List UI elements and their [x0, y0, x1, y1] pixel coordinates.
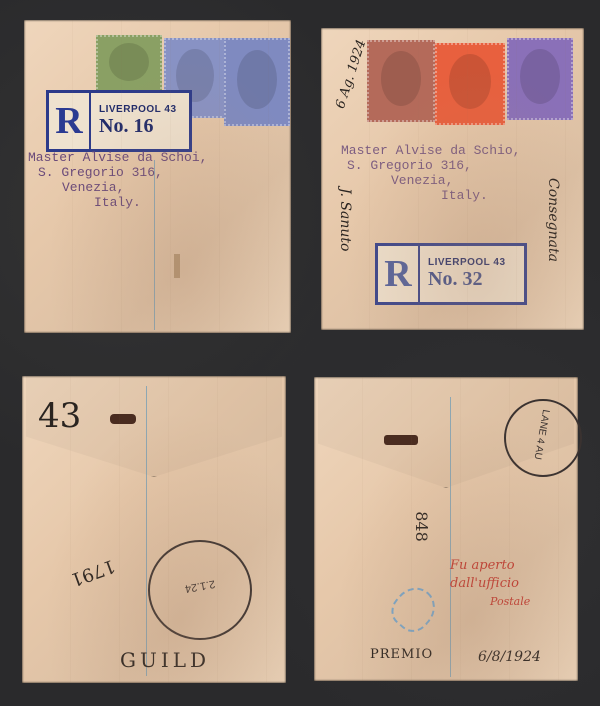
- address-line: S. Gregorio 316,: [341, 158, 520, 173]
- tear: [384, 435, 418, 445]
- address-line: Master Alvise da Schio,: [341, 143, 520, 158]
- address-line: Master Alvise da Schoi,: [28, 150, 207, 165]
- crayon-line: [146, 386, 147, 676]
- registration-number: No. 16: [99, 115, 177, 138]
- address-line: Venezia,: [28, 180, 207, 195]
- registration-number: No. 32: [428, 268, 506, 291]
- handwritten-signature: J. Sanuto: [337, 188, 353, 251]
- envelope-front-2: 6 Ag. 1924 Master Alvise da Schio,S. Gre…: [321, 28, 584, 330]
- postmark: LANE 4 AU: [504, 399, 582, 477]
- handwritten-red-note: Fu aperto dall'ufficio Postale: [450, 557, 530, 611]
- registration-label: R LIVERPOOL 43 No. 32: [375, 243, 527, 305]
- envelope-back-1: 43 1791 2.1.24 GUILD: [22, 376, 286, 683]
- address-line: Italy.: [341, 188, 520, 203]
- handwritten-number: 43: [38, 396, 81, 436]
- note-line: dall'ufficio: [450, 575, 530, 593]
- postmark-text: LANE 4 AU: [531, 409, 551, 461]
- stamp-three-pence: [507, 38, 573, 120]
- handwritten-number: 1791: [68, 555, 118, 590]
- handwritten-label: GUILD: [120, 648, 210, 672]
- tear: [110, 414, 136, 424]
- address-line: S. Gregorio 316,: [28, 165, 207, 180]
- stamp-three-halfpence: [367, 40, 435, 122]
- note-line: Fu aperto: [450, 557, 530, 575]
- registration-letter: R: [378, 246, 420, 302]
- registration-label: R LIVERPOOL 43 No. 16: [46, 90, 192, 152]
- address-line: Venezia,: [341, 173, 520, 188]
- postmark: 2.1.24: [148, 540, 252, 640]
- stain: [174, 254, 180, 278]
- blue-stamp: [224, 38, 290, 126]
- address-line: Italy.: [28, 195, 207, 210]
- note-line: Postale: [450, 593, 530, 611]
- address-block: Master Alvise da Schoi,S. Gregorio 316,V…: [28, 150, 207, 210]
- registration-office: LIVERPOOL 43: [99, 104, 177, 115]
- stamp-one-penny: [435, 43, 505, 125]
- envelope-front-1: R LIVERPOOL 43 No. 16 Master Alvise da S…: [24, 20, 291, 333]
- blue-crayon-mark: [385, 579, 444, 638]
- handwritten-label: PREMIO: [370, 647, 433, 662]
- postmark-date: 2.1.24: [150, 571, 251, 600]
- handwritten-note: Consegnata: [545, 178, 561, 262]
- crayon-line: [450, 397, 451, 677]
- handwritten-date: 6 Ag. 1924: [333, 38, 369, 111]
- address-block: Master Alvise da Schio,S. Gregorio 316,V…: [341, 143, 520, 203]
- registration-office: LIVERPOOL 43: [428, 257, 506, 268]
- handwritten-date: 6/8/1924: [478, 649, 541, 665]
- registration-letter: R: [49, 93, 91, 149]
- handwritten-number: 848: [412, 511, 431, 542]
- envelope-back-2: LANE 4 AU 848 Fu aperto dall'ufficio Pos…: [314, 377, 578, 681]
- green-stamp: [96, 35, 162, 93]
